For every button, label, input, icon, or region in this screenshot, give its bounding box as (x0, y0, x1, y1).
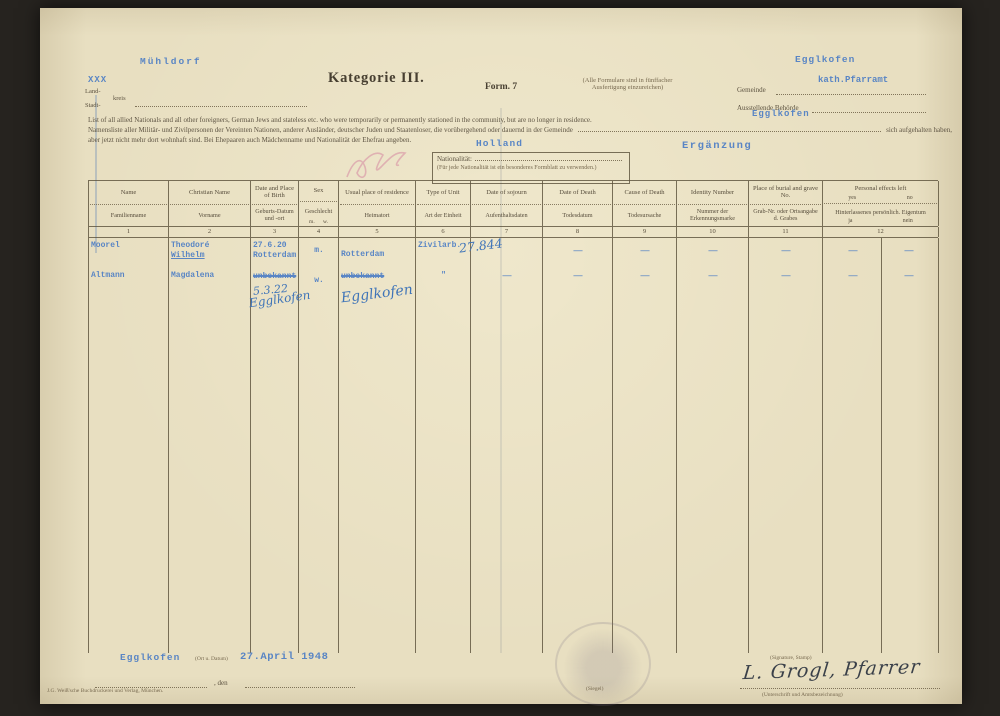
header-de: Familienname (89, 205, 168, 226)
col-header-death-cause: Cause of Death Todesursache (613, 181, 677, 226)
nationality-typed-value: Holland (476, 138, 523, 149)
cell-burial: — (749, 240, 823, 261)
seal-label: (Siegel) (586, 686, 603, 692)
col-header-residence: Usual place of residence Heimatort (339, 181, 416, 226)
cell-identity: — (677, 270, 749, 307)
col-num: 9 (613, 227, 677, 237)
col-num: 2 (169, 227, 251, 237)
header-de: Geburts-Datum und -ort (251, 205, 298, 226)
district-value: Mühldorf (140, 56, 202, 67)
header-de: Heimatort (339, 205, 415, 226)
col-num: 12 (823, 227, 939, 237)
header-en: Cause of Death (613, 181, 676, 204)
cell-sex: w. (299, 270, 339, 307)
header-en: Type of Unit (416, 181, 470, 204)
col-header-unit: Type of Unit Art der Einheit (416, 181, 471, 226)
cell-christian-name: Theodoré Wilhelm (169, 240, 251, 261)
ja-label: ja (848, 218, 852, 225)
header-de: Vorname (169, 205, 250, 226)
dotted-line (135, 105, 307, 107)
cell-death-date: — (543, 240, 613, 261)
header-en: Sex (299, 181, 338, 201)
dotted-line (776, 93, 926, 95)
no-label: no (907, 195, 913, 202)
header-de: Todesdatum (543, 205, 612, 226)
scanned-form-paper: Mühldorf XXX Land- kreis Stadt- Kategori… (40, 8, 962, 704)
gemeinde-value: kath.Pfarramt (818, 75, 888, 85)
intro-line2b: sich aufgehalten haben, (886, 125, 952, 135)
col-num: 6 (416, 227, 471, 237)
form-number: Form. 7 (485, 82, 517, 92)
supplement-note: Ergänzung (682, 140, 752, 152)
nationality-label: Nationalität: (437, 155, 472, 163)
kreis-label: kreis (113, 95, 126, 102)
cell-sojourn: 27.844 (471, 240, 543, 261)
document-scan: { "colors": { "paper": "#e8dfc1", "typed… (0, 0, 1000, 716)
header-en: Place of burial and grave No. (749, 181, 822, 204)
nein-label: nein (903, 218, 913, 225)
signature-caption-label: (Unterschrift und Amtsbezeichnung) (762, 692, 843, 698)
header-de: Art der Einheit (416, 205, 470, 226)
col-num: 11 (749, 227, 823, 237)
cell-christian-name: Magdalena (169, 270, 251, 307)
cell-unit-ditto: " (416, 270, 471, 307)
intro-line-english: List of all allied Nationals and all oth… (88, 115, 952, 125)
col-num: 4 (299, 227, 339, 237)
col-header-sojourn: Date of sojourn Aufenthaltsdaten (471, 181, 543, 226)
stadt-label: Stadt- (85, 102, 101, 109)
table-header: Name Familienname Christian Name Vorname… (88, 180, 938, 226)
header-en: Date of Death (543, 181, 612, 204)
header-en: Usual place of residence (339, 181, 415, 204)
col-header-birth: Date and Place of Birth Geburts-Datum un… (251, 181, 299, 226)
col-header-effects: Personal effects left yes no Hinterlasse… (823, 181, 939, 226)
header-ja-nein: ja nein (823, 218, 938, 226)
col-header-sex: Sex Geschlecht m. w. (299, 181, 339, 226)
copies-note-line2: Ausfertigung einzureichen) (545, 84, 710, 91)
signature-handwriting: L. Grogl, Pfarrer (742, 656, 922, 684)
header-sex-sub: m. w. (299, 219, 338, 226)
header-yes-no: yes no (823, 195, 938, 203)
col-num: 5 (339, 227, 416, 237)
cell-name: Altmann (89, 270, 169, 307)
cell-identity: — (677, 240, 749, 261)
table-row-moorel: Moorel Theodoré Wilhelm 27.6.20 Rotterda… (89, 240, 939, 261)
dotted-line (812, 111, 926, 113)
table-row-altmann: Altmann Magdalena unbekannt 5.3.22 Egglk… (89, 270, 939, 307)
cell-residence: Rotterdam (339, 240, 416, 261)
place-value-top: Egglkofen (795, 54, 855, 65)
header-en: Date and Place of Birth (251, 181, 298, 204)
cell-effects: — — (823, 240, 939, 261)
cell-burial: — (749, 270, 823, 307)
cell-name: Moorel (89, 240, 169, 261)
column-number-row: 1 2 3 4 5 6 7 8 9 10 11 12 (88, 226, 938, 238)
col-num: 7 (471, 227, 543, 237)
header-de: Nummer der Erkennungsmarke (677, 205, 748, 226)
printer-imprint: J.G. Weiß'sche Buchdruckerei und Verlag,… (47, 688, 163, 694)
footer-place-value: Egglkofen (120, 652, 180, 663)
cell-sex: m. (299, 240, 339, 261)
header-de: Todesursache (613, 205, 676, 226)
persons-table: Name Familienname Christian Name Vorname… (88, 180, 938, 653)
col-num: 10 (677, 227, 749, 237)
footer-place-date-label: (Ort u. Datum) (195, 656, 228, 662)
table-body: Moorel Theodoré Wilhelm 27.6.20 Rotterda… (88, 238, 938, 653)
col-num: 1 (89, 227, 169, 237)
col-num: 3 (251, 227, 299, 237)
cell-death-cause: — (613, 270, 677, 307)
cell-death-cause: — (613, 240, 677, 261)
col-header-christian-name: Christian Name Vorname (169, 181, 251, 226)
intro-line2a: Namensliste aller Militär- und Zivilpers… (88, 125, 573, 135)
copies-note-line1: (Alle Formulare sind in fünffacher (545, 77, 710, 84)
den-label: , den (214, 679, 228, 687)
crossed-out-mark: XXX (88, 75, 107, 85)
dotted-line (740, 687, 940, 689)
col-header-burial: Place of burial and grave No. Grab-Nr. o… (749, 181, 823, 226)
header-en: Date of sojourn (471, 181, 542, 204)
cell-sojourn: — (471, 270, 543, 307)
header-de: Aufenthaltsdaten (471, 205, 542, 226)
header-en: Name (89, 181, 168, 204)
dotted-line (245, 686, 355, 688)
col-num: 8 (543, 227, 613, 237)
embossed-seal-stamp (555, 622, 651, 706)
nationality-note: (Für jede Nationalität ist ein besondere… (437, 165, 625, 171)
intro-line-german: Namensliste aller Militär- und Zivilpers… (88, 125, 952, 135)
col-header-name: Name Familienname (89, 181, 169, 226)
copies-note: (Alle Formulare sind in fünffacher Ausfe… (545, 77, 710, 91)
yes-label: yes (848, 195, 856, 202)
cell-birth: unbekannt 5.3.22 Egglkofen (251, 270, 299, 307)
cell-birth: 27.6.20 Rotterdam (251, 240, 299, 261)
col-header-identity: Identity Number Nummer der Erkennungsmar… (677, 181, 749, 226)
footer-date-value: 27.April 1948 (240, 651, 328, 663)
cell-death-date: — (543, 270, 613, 307)
dotted-line (475, 159, 622, 161)
cell-effects: — — (823, 270, 939, 307)
col-header-death-date: Date of Death Todesdatum (543, 181, 613, 226)
cell-residence: unbekannt Egglkofen (339, 270, 416, 307)
form-title: Kategorie III. (328, 70, 425, 87)
land-label: Land- (85, 88, 101, 95)
header-en: Christian Name (169, 181, 250, 204)
header-en: Identity Number (677, 181, 748, 204)
gemeinde-label: Gemeinde (737, 86, 766, 94)
header-de: Grab-Nr. oder Ortsangabe d. Grabes (749, 205, 822, 226)
gemeinde-blank (578, 130, 881, 132)
